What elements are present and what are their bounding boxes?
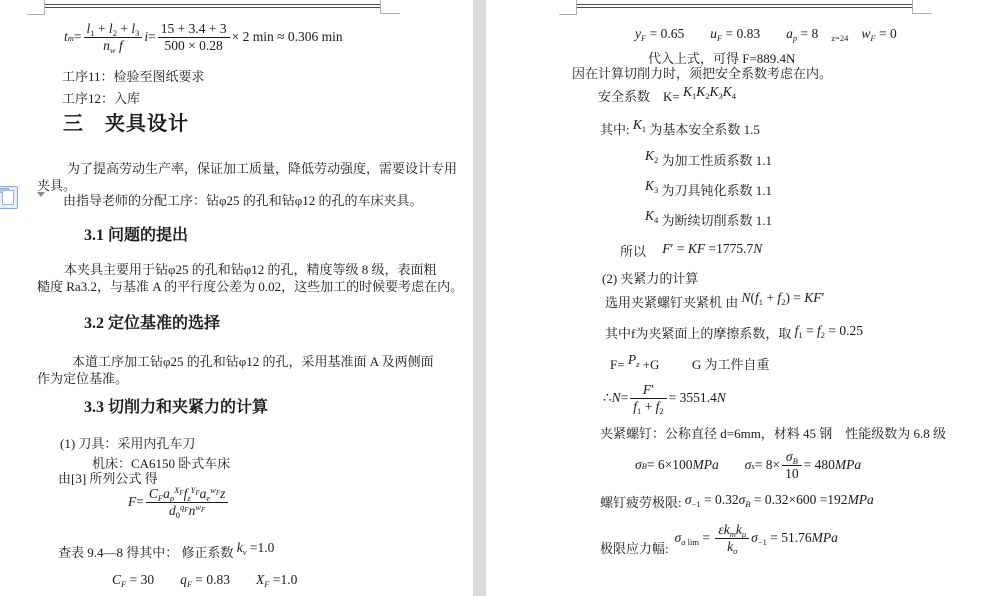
crop-mark-right-page-right	[912, 0, 913, 13]
doc-line-source: 由[3] 所列公式 得	[58, 471, 158, 487]
chevron-down-icon[interactable]	[37, 192, 45, 197]
formula-stress-amplitude: σa lim = εkmkμkσσ−1 = 51.76MPa	[675, 523, 838, 554]
document-page-left[interactable]: tm = l1 + l2 + l3nw fi = 15 + 3.4 + 3500…	[0, 0, 473, 596]
doc-line-lookup: 查表 9.4—8 得其中： 修正系数 kv =1.0	[58, 545, 274, 562]
paragraph-3-1-line1: 本夹具主要用于钻φ25 的孔和钻φ12 的孔，精度等级 8 级，表面粗	[64, 262, 437, 278]
friction-prefix-text: 其中f为夹紧面上的摩擦系数，取	[605, 326, 791, 341]
section-heading-3-1: 3.1 问题的提出	[84, 226, 188, 246]
k2-description: 为加工性质系数 1.1	[662, 153, 773, 168]
paragraph-3-2-line1: 本道工序加工钻φ25 的孔和钻φ12 的孔，采用基准面 A 及两侧面	[72, 354, 434, 370]
header-rule-right	[577, 4, 912, 8]
select-prefix-text: 选用夹紧螺钉夹紧机 由	[605, 295, 738, 310]
paragraph-3-2-line2: 作为定位基准。	[37, 371, 128, 387]
fatigue-prefix-text: 螺钉疲劳极限:	[600, 495, 685, 510]
doc-line-k1: 其中: K1 为基本安全系数 1.5	[600, 122, 760, 139]
doc-line-k3: K3 为刀具钝化系数 1.1	[645, 183, 772, 200]
doc-line-result-force: 所以 F′ = KF =1775.7N	[620, 244, 762, 261]
doc-line-k4: K4 为断续切削系数 1.1	[645, 213, 772, 230]
k3-description: 为刀具钝化系数 1.1	[662, 183, 773, 198]
formula-k1: K1	[633, 117, 646, 134]
among-prefix-text: 其中:	[600, 122, 633, 137]
doc-line-clamp-heading: (2) 夹紧力的计算	[602, 271, 698, 287]
doc-line-screw-spec: 夹紧螺钉：公称直径 d=6mm，材料 45 钢 性能级数为 6.8 级	[600, 426, 946, 442]
force-sum-note: G 为工件自重	[692, 357, 770, 372]
force-sum-prefix: F=	[610, 357, 625, 372]
doc-line-tool: (1) 刀具：采用内孔车刀	[60, 436, 195, 452]
crop-mark-left-page-right	[380, 0, 381, 13]
formula-clamp-force-result: ∴ N = F′f1 + f2 = 3551.4N	[603, 383, 726, 414]
formula-coefficients-1: CF = 30qF = 0.83XF =1.0	[112, 572, 297, 589]
crop-mark-left-page-left-h	[27, 14, 45, 15]
page-gap	[473, 0, 486, 596]
doc-line-k2: K2 为加工性质系数 1.1	[645, 153, 772, 170]
doc-line-safety-note: 因在计算切削力时，须把安全系数考虑在内。	[572, 66, 832, 82]
formula-correction-factor: kv =1.0	[237, 540, 275, 557]
doc-line-process-12: 工序12：入库	[62, 91, 140, 107]
formula-k4: K4	[645, 208, 658, 225]
header-rule-left	[45, 4, 380, 8]
formula-sigma-strength: σB = 6×100MPaσs = 8×σB10 = 480MPa	[635, 450, 861, 481]
lookup-prefix-text: 查表 9.4—8 得其中： 修正系数	[58, 545, 234, 560]
formula-machining-time: tm = l1 + l2 + l3nw fi = 15 + 3.4 + 3500…	[64, 22, 343, 53]
paste-options-button[interactable]	[0, 186, 18, 209]
limit-prefix-text: 极限应力幅:	[600, 541, 669, 557]
crop-mark-right-page-right-h	[912, 13, 932, 14]
crop-mark-right-page-left	[576, 0, 577, 14]
formula-fatigue-limit: σ−1 = 0.32σB = 0.32×600 =192MPa	[685, 492, 874, 509]
doc-line-stress-amplitude: 极限应力幅: σa lim = εkmkμkσσ−1 = 51.76MPa	[600, 523, 838, 554]
force-sum-suffix: +G	[643, 357, 660, 372]
k1-description: 为基本安全系数 1.5	[649, 122, 760, 137]
safety-prefix-text: 安全系数 K=	[598, 89, 680, 104]
doc-line-substitute: 代入上式，可得 F=889.4N	[648, 51, 795, 67]
paragraph-assignment: 由指导老师的分配工序：钻φ25 的孔和钻φ12 的孔的车床夹具。	[63, 193, 423, 209]
doc-line-friction: 其中f为夹紧面上的摩擦系数，取 f1 = f2 = 0.25	[605, 326, 863, 343]
crop-mark-right-page-left-h	[559, 14, 577, 15]
section-heading-3-2: 3.2 定位基准的选择	[84, 314, 220, 334]
paragraph-intro-line1: 为了提高劳动生产率，保证加工质量，降低劳动强度，需要设计专用	[67, 161, 457, 177]
doc-line-fatigue-limit: 螺钉疲劳极限: σ−1 = 0.32σB = 0.32×600 =192MPa	[600, 495, 874, 512]
doc-line-process-11: 工序11：检验至图纸要求	[62, 69, 205, 85]
formula-k2: K2	[645, 148, 658, 165]
crop-mark-left-page-right-h	[380, 13, 400, 14]
document-page-right[interactable]: yF = 0.65uF = 0.83ap = 8z=24wF = 0 代入上式，…	[486, 0, 990, 596]
chapter-heading: 三 夹具设计	[63, 112, 189, 137]
formula-safety-factor: K1K2K3K4	[683, 84, 736, 101]
doc-line-force-sum: F= Pz +G G 为工件自重	[610, 357, 770, 374]
formula-pz: Pz	[628, 352, 640, 369]
formula-friction-coeff: f1 = f2 = 0.25	[795, 323, 863, 340]
crop-mark-left-page-left	[44, 0, 45, 14]
formula-corrected-force: F′ = KF =1775.7N	[662, 241, 762, 258]
word-processor-document-view: { "colors": { "page_background": "#fffff…	[0, 0, 990, 596]
section-heading-3-3: 3.3 切削力和夹紧力的计算	[84, 398, 268, 418]
doc-line-clamp-select: 选用夹紧螺钉夹紧机 由 N(f1 + f2) = KF′	[605, 295, 825, 312]
paragraph-3-1-line2: 糙度 Ra3.2，与基准 A 的平行度公差为 0.02，这些加工的时候要考虑在内…	[37, 279, 463, 295]
clipboard-sheet-icon	[2, 190, 14, 205]
formula-clamp-balance: N(f1 + f2) = KF′	[742, 290, 825, 307]
k4-description: 为断续切削系数 1.1	[662, 213, 773, 228]
so-prefix-text: 所以	[620, 244, 659, 259]
formula-cutting-force: F = CFapXFfzYFaewFzd0qFnwF	[128, 487, 230, 518]
doc-line-safety-factor: 安全系数 K= K1K2K3K4	[598, 89, 736, 106]
formula-coefficients-2: yF = 0.65uF = 0.83ap = 8z=24wF = 0	[635, 26, 897, 43]
doc-line-machine: 机床：CA6150 卧式车床	[92, 456, 230, 472]
formula-k3: K3	[645, 178, 658, 195]
